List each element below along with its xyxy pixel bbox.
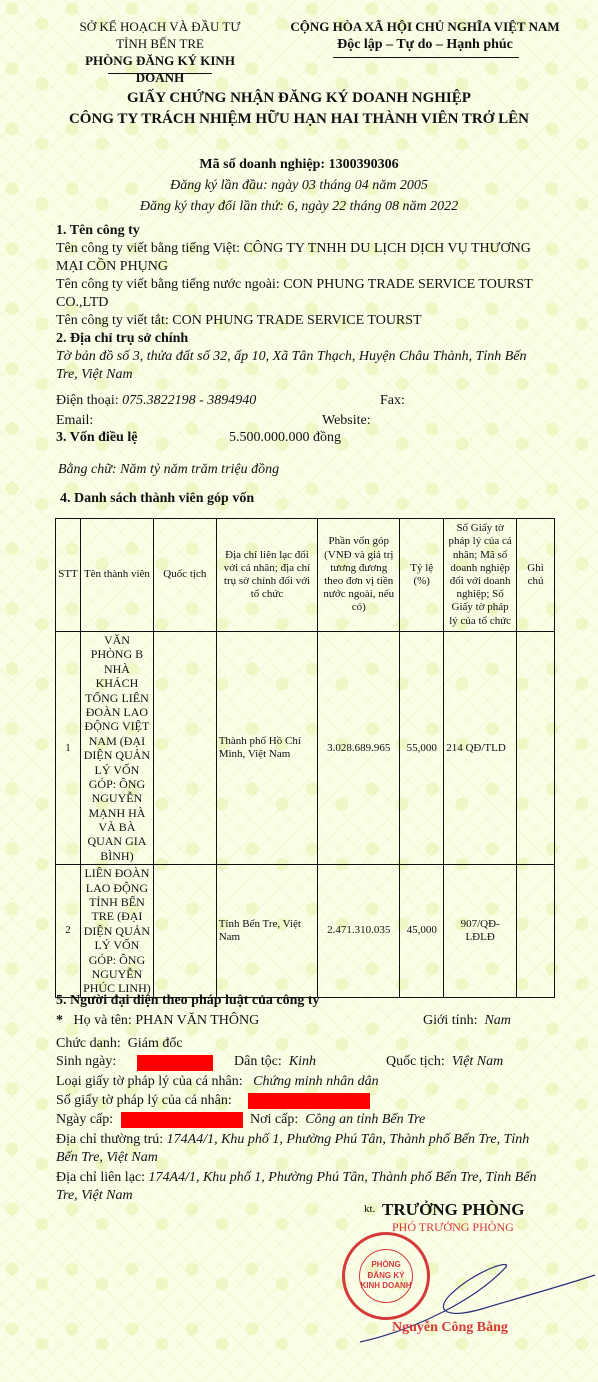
vn-name-line1: Tên công ty viết bằng tiếng Việt: CÔNG T… [56,240,576,258]
capital-in-words: Bằng chữ: Năm tỷ năm trăm triệu đồng [58,462,279,478]
section-company-name: 1. Tên công ty Tên công ty viết bằng tiế… [56,222,576,348]
handwritten-signature-icon [355,1260,598,1350]
members-table: STT Tên thành viên Quốc tịch Địa chỉ liê… [55,518,555,998]
gender-row: Giới tính: Nam [423,1013,511,1029]
contact-label: Địa chỉ liên lạc: [56,1170,145,1185]
permanent-label: Địa chỉ thường trú: [56,1132,163,1147]
issuer-line1: SỞ KẾ HOẠCH VÀ ĐẦU TƯ [60,18,260,35]
address-line1: Tờ bản đồ số 3, thửa đất số 32, ấp 10, X… [56,348,576,366]
phone-label: Điện thoại: [56,393,119,408]
issuer-block: SỞ KẾ HOẠCH VÀ ĐẦU TƯ TỈNH BẾN TRE PHÒNG… [60,18,260,86]
signature-title: TRƯỞNG PHÒNG [382,1200,524,1220]
row-legal-doc: 907/QĐ-LĐLĐ [444,865,517,998]
section4-heading: 4. Danh sách thành viên góp vốn [60,491,254,507]
motto: Độc lập – Tự do – Hạnh phúc [280,36,570,54]
head-office-address: Tờ bản đồ số 3, thửa đất số 32, ấp 10, X… [56,348,576,384]
national-name: CỘNG HÒA XÃ HỘI CHỦ NGHĨA VIỆT NAM [280,18,570,36]
contact-line1: 174A4/1, Khu phố 1, Phường Phú Tân, Thàn… [149,1170,537,1185]
col-ratio: Tỷ lệ (%) [400,519,444,632]
table-header-row: STT Tên thành viên Quốc tịch Địa chỉ liê… [56,519,555,632]
foreign-name-line1: Tên công ty viết bằng tiếng nước ngoài: … [56,276,576,294]
rep-nationality-label: Quốc tịch: [386,1054,445,1069]
position-row: Chức danh: Giám đốc [56,1036,183,1052]
signature-subtitle: PHÓ TRƯỞNG PHÒNG [392,1220,514,1235]
table-row: 1 VĂN PHÒNG B NHÀ KHÁCH TỔNG LIÊN ĐOÀN L… [56,632,555,865]
row-nationality [153,865,216,998]
doc-type-row: Loại giấy tờ pháp lý của cá nhân: Chứng … [56,1074,379,1090]
vn-name-line2: MẠI CỒN PHỤNG [56,258,576,276]
row-stt: 1 [56,632,81,865]
dob-label: Sinh ngày: [56,1054,116,1070]
issue-place-value: Công an tỉnh Bến Tre [305,1112,425,1127]
row-member-name: VĂN PHÒNG B NHÀ KHÁCH TỔNG LIÊN ĐOÀN LAO… [80,632,153,865]
charter-capital: 5.500.000.000 đồng [229,430,341,446]
email-label: Email: [56,413,93,429]
row-capital: 3.028.689.965 [318,632,400,865]
change-registration: Đăng ký thay đổi lần thứ: 6, ngày 22 thá… [0,199,598,215]
issue-place-label: Nơi cấp: [250,1112,298,1127]
foreign-name-line2: CO.,LTD [56,294,576,312]
permanent-line1: 174A4/1, Khu phố 1, Phường Phú Tân, Thàn… [167,1132,530,1147]
signer-name: Nguyễn Công Bằng [392,1320,508,1336]
col-stt: STT [56,519,81,632]
row-nationality [153,632,216,865]
ethnicity-value: Kinh [289,1054,316,1069]
ethnicity-row: Dân tộc: Kinh [234,1054,316,1070]
rep-name: Họ và tên: PHAN VĂN THÔNG [74,1013,260,1028]
website-label: Website: [322,413,371,429]
table-row: 2 LIÊN ĐOÀN LAO ĐỘNG TỈNH BẾN TRE (ĐẠI D… [56,865,555,998]
enterprise-code: Mã số doanh nghiệp: 1300390306 [0,157,598,173]
row-ratio: 55,000 [400,632,444,865]
gender-value: Nam [484,1013,510,1028]
row-member-name: LIÊN ĐOÀN LAO ĐỘNG TỈNH BẾN TRE (ĐẠI DIỆ… [80,865,153,998]
row-capital: 2.471.310.035 [318,865,400,998]
rep-nationality-row: Quốc tịch: Việt Nam [386,1054,503,1070]
issuer-line2: TỈNH BẾN TRE [60,35,260,52]
national-motto: CỘNG HÒA XÃ HỘI CHỦ NGHĨA VIỆT NAM Độc l… [280,18,570,54]
bullet-icon: * [56,1013,63,1028]
title-line1: GIẤY CHỨNG NHẬN ĐĂNG KÝ DOANH NGHIỆP [0,88,598,109]
ethnicity-label: Dân tộc: [234,1054,282,1069]
row-note [517,865,555,998]
row-stt: 2 [56,865,81,998]
rep-nationality-value: Việt Nam [452,1054,503,1069]
issue-date-redaction [121,1112,243,1128]
issue-date-label: Ngày cấp: [56,1112,113,1128]
gender-label: Giới tính: [423,1013,477,1028]
rep-name-row: * Họ và tên: PHAN VĂN THÔNG [56,1013,259,1029]
fax-label: Fax: [380,393,405,409]
address-line2: Tre, Việt Nam [56,366,576,384]
row-legal-doc: 214 QĐ/TLD [444,632,517,865]
title-line2: CÔNG TY TRÁCH NHIỆM HỮU HẠN HAI THÀNH VI… [0,109,598,130]
col-capital: Phần vốn góp (VNĐ và giá trị tương đương… [318,519,400,632]
doc-type-label: Loại giấy tờ pháp lý của cá nhân: [56,1074,243,1089]
row-note [517,632,555,865]
col-nationality: Quốc tịch [153,519,216,632]
first-registration: Đăng ký lần đầu: ngày 03 tháng 04 năm 20… [0,178,598,194]
col-member-name: Tên thành viên [80,519,153,632]
dob-redaction [137,1055,213,1071]
issue-place-row: Nơi cấp: Công an tỉnh Bến Tre [250,1112,425,1128]
doc-type-value: Chứng minh nhân dân [253,1074,378,1089]
phone-row: Điện thoại: 075.3822198 - 3894940 [56,393,256,409]
col-legal-doc: Số Giấy tờ pháp lý của cá nhân; Mã số do… [444,519,517,632]
row-address: Thành phố Hồ Chí Minh, Việt Nam [216,632,318,865]
col-note: Ghi chú [517,519,555,632]
permanent-line2: Bến Tre, Việt Nam [56,1149,576,1167]
issuer-underline [108,73,212,74]
motto-underline [333,57,519,58]
short-name: Tên công ty viết tắt: CON PHUNG TRADE SE… [56,312,576,330]
col-address: Địa chỉ liên lạc đối với cá nhân; địa ch… [216,519,318,632]
row-address: Tỉnh Bến Tre, Việt Nam [216,865,318,998]
doc-number-redaction [248,1093,370,1109]
phone-value: 075.3822198 - 3894940 [122,393,256,408]
doc-number-label: Số giấy tờ pháp lý của cá nhân: [56,1093,232,1109]
position-label: Chức danh: [56,1036,121,1051]
section5-heading: 5. Người đại diện theo pháp luật của côn… [56,993,320,1009]
certificate-title: GIẤY CHỨNG NHẬN ĐĂNG KÝ DOANH NGHIỆP CÔN… [0,88,598,130]
signature-prefix: kt. [364,1203,375,1215]
row-ratio: 45,000 [400,865,444,998]
section2-heading: 2. Địa chỉ trụ sở chính [56,330,576,348]
permanent-address: Địa chỉ thường trú: 174A4/1, Khu phố 1, … [56,1131,576,1167]
issuer-line3: PHÒNG ĐĂNG KÝ KINH DOANH [60,52,260,86]
section1-heading: 1. Tên công ty [56,222,576,240]
section3-heading: 3. Vốn điều lệ [56,430,137,446]
position-value: Giám đốc [128,1036,183,1051]
